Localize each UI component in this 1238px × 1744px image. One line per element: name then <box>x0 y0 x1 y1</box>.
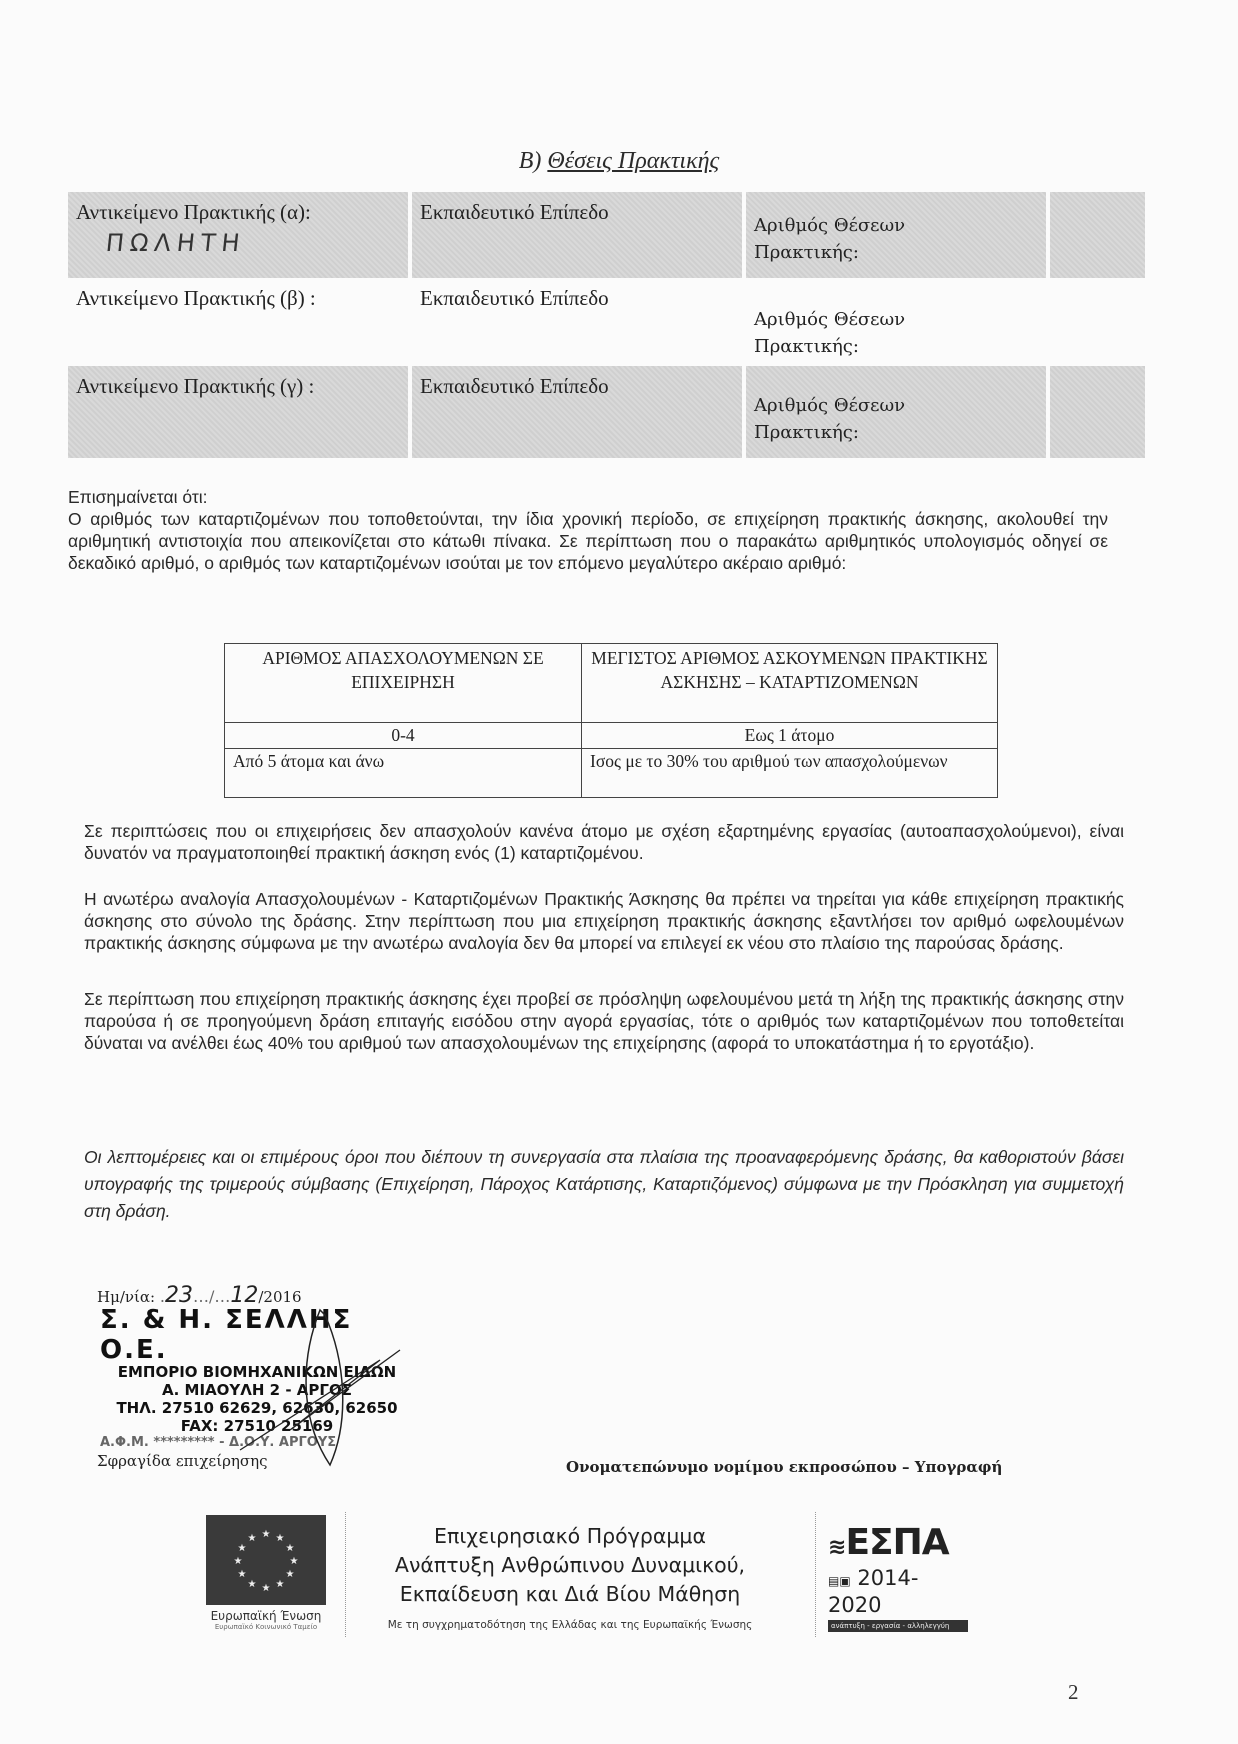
program-logo: Επιχειρησιακό Πρόγραμμα Ανάπτυξη Ανθρώπι… <box>340 1522 800 1631</box>
position-row-b: Αντικείμενο Πρακτικής (β) : Εκπαιδευτικό… <box>68 278 1153 366</box>
count-value-field[interactable] <box>1050 278 1145 366</box>
svg-text:★: ★ <box>286 1543 295 1554</box>
eu-fund: Ευρωπαϊκό Κοινωνικό Ταμείο <box>206 1623 326 1631</box>
date-label: Ημ/νία: <box>97 1288 155 1306</box>
flags-icon: ▤▣ <box>828 1574 851 1588</box>
svg-text:★: ★ <box>286 1569 295 1580</box>
object-label: Αντικείμενο Πρακτικής (β) : <box>76 286 400 311</box>
count-value-field[interactable] <box>1050 192 1145 278</box>
count-label: Αριθμός Θέσεων <box>754 212 1038 239</box>
espa-tagline: ανάπτυξη - εργασία - αλληλεγγύη <box>828 1620 968 1632</box>
program-line: Ανάπτυξη Ανθρώπινου Δυναμικού, <box>340 1551 800 1580</box>
espa-waves-icon: ≋ <box>828 1535 845 1560</box>
level-label: Εκπαιδευτικό Επίπεδο <box>420 374 734 399</box>
section-title: Β) Θέσεις Πρακτικής <box>0 148 1238 175</box>
count-value-field[interactable] <box>1050 366 1145 458</box>
table-cell: Ισος με το 30% του αριθμού των απασχολού… <box>582 749 998 798</box>
program-line: Εκπαίδευση και Διά Βίου Μάθηση <box>340 1580 800 1609</box>
program-line: Επιχειρησιακό Πρόγραμμα <box>340 1522 800 1551</box>
section-title-text: Θέσεις Πρακτικής <box>547 148 719 174</box>
terms-paragraph: Οι λεπτομέρειες και οι επιμέρους όροι πο… <box>84 1144 1124 1225</box>
svg-text:★: ★ <box>238 1569 247 1580</box>
table-cell: Από 5 άτομα και άνω <box>225 749 582 798</box>
position-row-a: Αντικείμενο Πρακτικής (α): ΠΩΛΗΤΗ Εκπαιδ… <box>68 192 1153 278</box>
positions-table: Αντικείμενο Πρακτικής (α): ΠΩΛΗΤΗ Εκπαιδ… <box>68 192 1153 458</box>
svg-text:★: ★ <box>262 1529 271 1540</box>
header-cell: ΜΕΓΙΣΤΟΣ ΑΡΙΘΜΟΣ ΑΣΚΟΥΜΕΝΩΝ ΠΡΑΚΤΙΚΗΣ ΑΣ… <box>582 644 998 723</box>
svg-text:★: ★ <box>290 1556 299 1567</box>
table-cell: 0-4 <box>225 723 582 749</box>
ratio-table: ΑΡΙΘΜΟΣ ΑΠΑΣΧΟΛΟΥΜΕΝΩΝ ΣΕ ΕΠΙΧΕΙΡΗΣΗ ΜΕΓ… <box>224 643 998 798</box>
cofinance-note: Με τη συγχρηματοδότηση της Ελλάδας και τ… <box>340 1619 800 1631</box>
count-label: Πρακτικής: <box>754 419 1038 446</box>
table-row: Από 5 άτομα και άνω Ισος με το 30% του α… <box>225 749 998 798</box>
hiring-rule-paragraph: Σε περίπτωση που επιχείρηση πρακτικής άσ… <box>84 988 1124 1054</box>
signature-scribble-icon <box>230 1300 430 1470</box>
eu-flag-icon: ★★★ ★★★ ★★★ ★★★ <box>206 1515 326 1605</box>
ratio-table-header: ΑΡΙΘΜΟΣ ΑΠΑΣΧΟΛΟΥΜΕΝΩΝ ΣΕ ΕΠΙΧΕΙΡΗΣΗ ΜΕΓ… <box>225 644 998 723</box>
svg-text:★: ★ <box>248 1533 257 1544</box>
eu-name: Ευρωπαϊκή Ένωση <box>206 1609 326 1623</box>
count-label: Αριθμός Θέσεων <box>754 306 1038 333</box>
object-label: Αντικείμενο Πρακτικής (γ) : <box>76 374 400 399</box>
notice-text: Ο αριθμός των καταρτιζομένων που τοποθετ… <box>68 508 1108 574</box>
notice-block: Επισημαίνεται ότι: Ο αριθμός των καταρτι… <box>68 486 1108 574</box>
espa-title: ΕΣΠΑ <box>845 1522 948 1563</box>
position-row-c: Αντικείμενο Πρακτικής (γ) : Εκπαιδευτικό… <box>68 366 1153 458</box>
page-number: 2 <box>1068 1680 1079 1705</box>
eu-logo: ★★★ ★★★ ★★★ ★★★ Ευρωπαϊκή Ένωση Ευρωπαϊκ… <box>206 1515 326 1631</box>
object-value-field[interactable]: ΠΩΛΗΤΗ <box>105 229 248 257</box>
count-label: Πρακτικής: <box>754 239 1038 266</box>
level-label: Εκπαιδευτικό Επίπεδο <box>420 200 734 225</box>
svg-text:★: ★ <box>276 1579 285 1590</box>
svg-text:★: ★ <box>234 1556 243 1567</box>
section-prefix: Β) <box>519 148 542 174</box>
stamp-label: Σφραγίδα επιχείρησης <box>97 1452 268 1470</box>
count-label: Πρακτικής: <box>754 333 1038 360</box>
divider <box>815 1512 816 1637</box>
representative-label: Ονοματεπώνυμο νομίμου εκπροσώπου – Υπογρ… <box>566 1458 1002 1476</box>
svg-text:★: ★ <box>238 1543 247 1554</box>
table-row: 0-4 Εως 1 άτομο <box>225 723 998 749</box>
ratio-rule-paragraph: Η ανωτέρω αναλογία Απασχολουμένων - Κατα… <box>84 888 1124 954</box>
espa-logo: ≋ΕΣΠΑ ▤▣ 2014-2020 ανάπτυξη - εργασία - … <box>828 1525 968 1632</box>
svg-text:★: ★ <box>248 1579 257 1590</box>
self-employed-paragraph: Σε περιπτώσεις που οι επιχειρήσεις δεν α… <box>84 820 1124 864</box>
count-label: Αριθμός Θέσεων <box>754 392 1038 419</box>
svg-text:★: ★ <box>276 1533 285 1544</box>
object-label: Αντικείμενο Πρακτικής (α): <box>76 200 400 225</box>
header-cell: ΑΡΙΘΜΟΣ ΑΠΑΣΧΟΛΟΥΜΕΝΩΝ ΣΕ ΕΠΙΧΕΙΡΗΣΗ <box>225 644 582 723</box>
level-label: Εκπαιδευτικό Επίπεδο <box>420 286 734 311</box>
table-cell: Εως 1 άτομο <box>582 723 998 749</box>
svg-text:★: ★ <box>262 1583 271 1594</box>
notice-heading: Επισημαίνεται ότι: <box>68 486 1108 508</box>
